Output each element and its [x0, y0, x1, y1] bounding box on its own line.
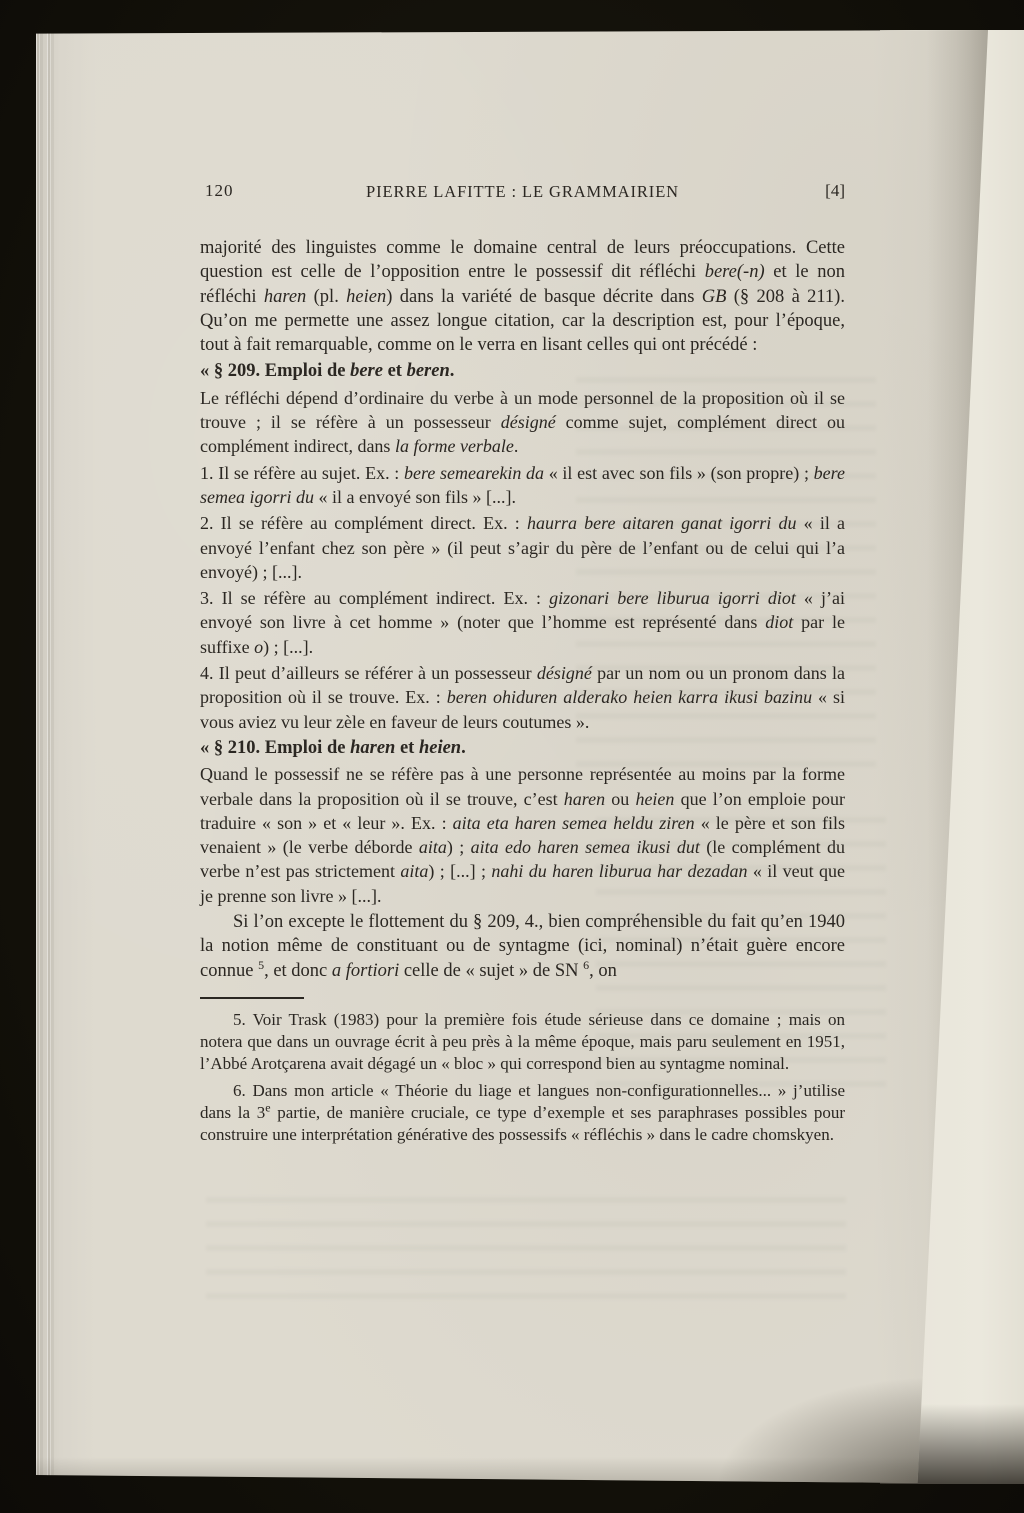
text-run: et [383, 361, 407, 381]
footnote-5: 5. Voir Trask (1983) pour la première fo… [200, 1009, 845, 1074]
text-run: , on [589, 961, 617, 981]
text-run: 4. Il peut d’ailleurs se référer à un po… [200, 663, 537, 683]
page-content: 120 PIERRE LAFITTE : LE GRAMMAIRIEN [4] … [200, 181, 845, 1152]
book-page: 120 PIERRE LAFITTE : LE GRAMMAIRIEN [4] … [36, 30, 988, 1483]
running-title: PIERRE LAFITTE : LE GRAMMAIRIEN [200, 181, 845, 202]
text-run: gizonari bere liburua igorri diot [549, 588, 796, 608]
text-run: 2. Il se réfère au complément direct. Ex… [200, 513, 527, 533]
text-run: nahi du haren liburua har dezadan [491, 861, 747, 881]
quote-item-3: 3. Il se réfère au complément indirect. … [200, 586, 845, 659]
text-run: . [461, 738, 466, 758]
page-number: 120 [205, 181, 234, 201]
text-run: aita [400, 861, 428, 881]
quote-paragraph: Quand le possessif ne se réfère pas à un… [200, 762, 845, 908]
text-run: a fortiori [332, 961, 399, 981]
text-run: « il est avec son fils » (son propre) ; [544, 463, 814, 483]
text-run: bere(-n) [705, 262, 765, 282]
text-run: partie, de manière cruciale, ce type d’e… [200, 1103, 845, 1144]
body-text: majorité des linguistes comme le domaine… [200, 236, 845, 983]
text-run: ) dans la variété de basque décrite dans [386, 287, 702, 307]
text-run: o [254, 637, 263, 657]
text-run: heien [419, 738, 461, 758]
text-run: haren [264, 287, 306, 307]
text-run: ou [605, 789, 635, 809]
quote-paragraph: Le réfléchi dépend d’ordinaire du verbe … [200, 386, 845, 459]
bleed-through-texture [206, 1190, 846, 1300]
quote-item-2: 2. Il se réfère au complément direct. Ex… [200, 511, 845, 584]
text-run: 5. Voir Trask (1983) pour la première fo… [200, 1010, 845, 1073]
text-run: « § 210. Emploi de [200, 738, 350, 758]
page-stack-edges [36, 30, 58, 1483]
quote-section-heading-210: « § 210. Emploi de haren et heien. [200, 736, 845, 760]
footnotes: 5. Voir Trask (1983) pour la première fo… [200, 1009, 845, 1146]
text-run: GB [702, 287, 727, 307]
text-run: la forme verbale [395, 436, 514, 456]
text-run: et [395, 738, 419, 758]
paragraph-conclusion: Si l’on excepte le flottement du § 209, … [200, 910, 845, 983]
text-run: haren [350, 738, 395, 758]
footnote-6: 6. Dans mon article « Théorie du liage e… [200, 1080, 845, 1145]
text-run: haren [564, 789, 605, 809]
text-run: . [514, 436, 519, 456]
issue-marker: [4] [825, 181, 845, 201]
footnote-rule [200, 997, 304, 999]
text-run: bere semearekin da [404, 463, 544, 483]
text-run: désigné [501, 412, 556, 432]
text-run: aita edo haren semea ikusi dut [471, 837, 700, 857]
text-run: heien [346, 287, 386, 307]
quote-item-4: 4. Il peut d’ailleurs se référer à un po… [200, 661, 845, 734]
text-run: . [450, 361, 455, 381]
text-run: « § 209. Emploi de [200, 361, 350, 381]
photo-background: 120 PIERRE LAFITTE : LE GRAMMAIRIEN [4] … [0, 0, 1024, 1513]
text-run: 3. Il se réfère au complément indirect. … [200, 588, 549, 608]
page-bottom-shade [36, 1457, 988, 1483]
text-run: ) ; [...] ; [428, 861, 491, 881]
paragraph-continuation: majorité des linguistes comme le domaine… [200, 236, 845, 357]
text-run: ) ; [447, 837, 471, 857]
text-run: haurra bere aitaren ganat igorri du [527, 513, 797, 533]
text-run: bere [350, 361, 383, 381]
text-run: aita [419, 837, 447, 857]
text-run: (pl. [306, 287, 346, 307]
text-run: beren [407, 361, 450, 381]
text-run: aita eta haren semea heldu ziren [453, 813, 695, 833]
quote-section-heading-209: « § 209. Emploi de bere et beren. [200, 359, 845, 383]
text-run: beren ohiduren alderako heien karra ikus… [447, 687, 812, 707]
text-run: ) ; [...]. [263, 637, 313, 657]
text-run: « il a envoyé son fils » [...]. [314, 487, 516, 507]
text-run: heien [635, 789, 674, 809]
text-run: 1. Il se réfère au sujet. Ex. : [200, 463, 404, 483]
text-run: , et donc [264, 961, 332, 981]
text-run: diot [765, 612, 793, 632]
text-run: désigné [537, 663, 592, 683]
quote-item-1: 1. Il se réfère au sujet. Ex. : bere sem… [200, 461, 845, 510]
text-run: celle de « sujet » de SN [399, 961, 583, 981]
page-header: 120 PIERRE LAFITTE : LE GRAMMAIRIEN [4] [200, 181, 845, 203]
